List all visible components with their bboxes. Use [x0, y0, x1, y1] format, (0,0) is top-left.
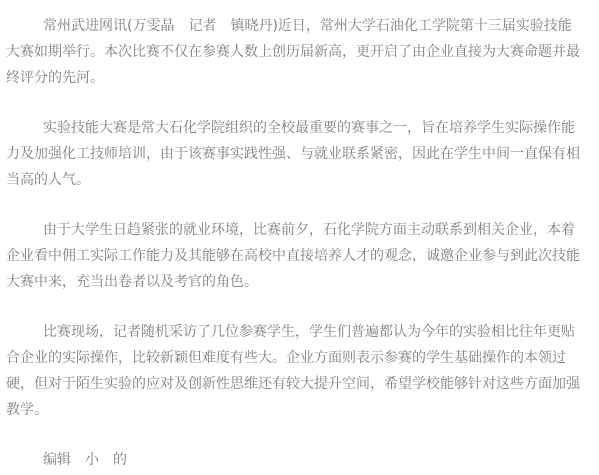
article-paragraph-1: 常州武进网讯(万雯晶 记者 镇晓丹)近日，常州大学石油化工学院第十三届实验技能大…	[6, 13, 584, 91]
article-paragraph-3: 由于大学生日趋紧张的就业环境，比赛前夕，石化学院方面主动联系到相关企业，本着企业…	[6, 217, 584, 295]
article-paragraph-2: 实验技能大赛是常大石化学院组织的全校最重要的赛事之一，旨在培养学生实际操作能力及…	[6, 115, 584, 193]
article-paragraph-4: 比赛现场，记者随机采访了几位参赛学生，学生们普遍都认为今年的实验相比往年更贴合企…	[6, 319, 584, 423]
editor-byline: 编辑 小 的	[6, 447, 584, 473]
news-article: 常州武进网讯(万雯晶 记者 镇晓丹)近日，常州大学石油化工学院第十三届实验技能大…	[0, 0, 599, 473]
